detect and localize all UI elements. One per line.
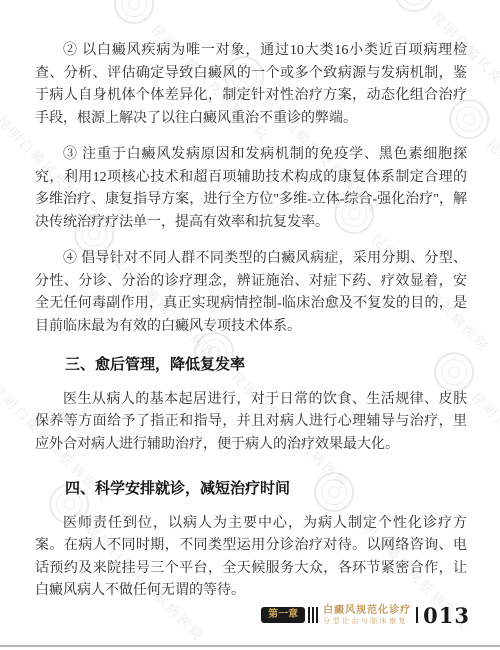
section-heading-3: 三、愈后管理，降低复发率	[35, 354, 467, 377]
hospital-seal-icon	[106, 0, 163, 32]
divider-bar-icon	[416, 607, 418, 623]
paragraph-item3: ③ 注重于白癜风发病原因和发病机制的免疫学、黑色素细胞探究，利用12项核心技术和…	[35, 144, 467, 234]
paragraph-section4: 医师责任到位，以病人为主要中心，为病人制定个性化诊疗方案。在病人不同时期，不同类…	[35, 513, 467, 603]
book-subtitle: 分型论治与临床康复	[323, 618, 408, 625]
section-heading-4: 四、科学安排就诊，减短治疗时间	[35, 478, 467, 501]
paragraph-section3: 医生从病人的基本起居进行，对于日常的饮食、生活规律、皮肤保养等方面给予了指正和指…	[35, 389, 467, 457]
hospital-seal-icon	[386, 0, 443, 20]
hospital-seal-icon	[0, 68, 7, 125]
page-content: ② 以白癜风疾病为唯一对象，通过10大类16小类近百项病理检查、分析、评估确定导…	[35, 40, 467, 617]
paragraph-item4: ④ 倡导针对不同人群不同类型的白癜风病症，采用分期、分型、分性、分诊、分治的诊疗…	[35, 248, 467, 338]
footer-rule	[0, 645, 500, 647]
divider-bars-icon	[308, 607, 318, 623]
page-number: 013	[423, 605, 470, 626]
paragraph-item2: ② 以白癜风疾病为唯一对象，通过10大类16小类近百项病理检查、分析、评估确定导…	[35, 40, 467, 130]
hospital-seal-icon	[0, 336, 2, 393]
chapter-badge: 第一章	[261, 607, 305, 623]
watermark-text: 昆明白癜风皮肤病医院	[484, 134, 500, 261]
page-footer: 第一章 白癜风规范化诊疗 分型论治与临床康复 013	[261, 603, 470, 627]
book-title-block: 白癜风规范化诊疗 分型论治与临床康复	[323, 606, 411, 625]
book-title: 白癜风规范化诊疗	[323, 606, 411, 616]
document-page: 昆明白癜风皮肤病医院 昆明白癜风皮肤病医院 昆明白癜风皮肤病医院 昆明白癜风皮肤…	[0, 0, 500, 650]
watermark-text: 昆明白癜风皮肤病医院	[469, 387, 500, 514]
